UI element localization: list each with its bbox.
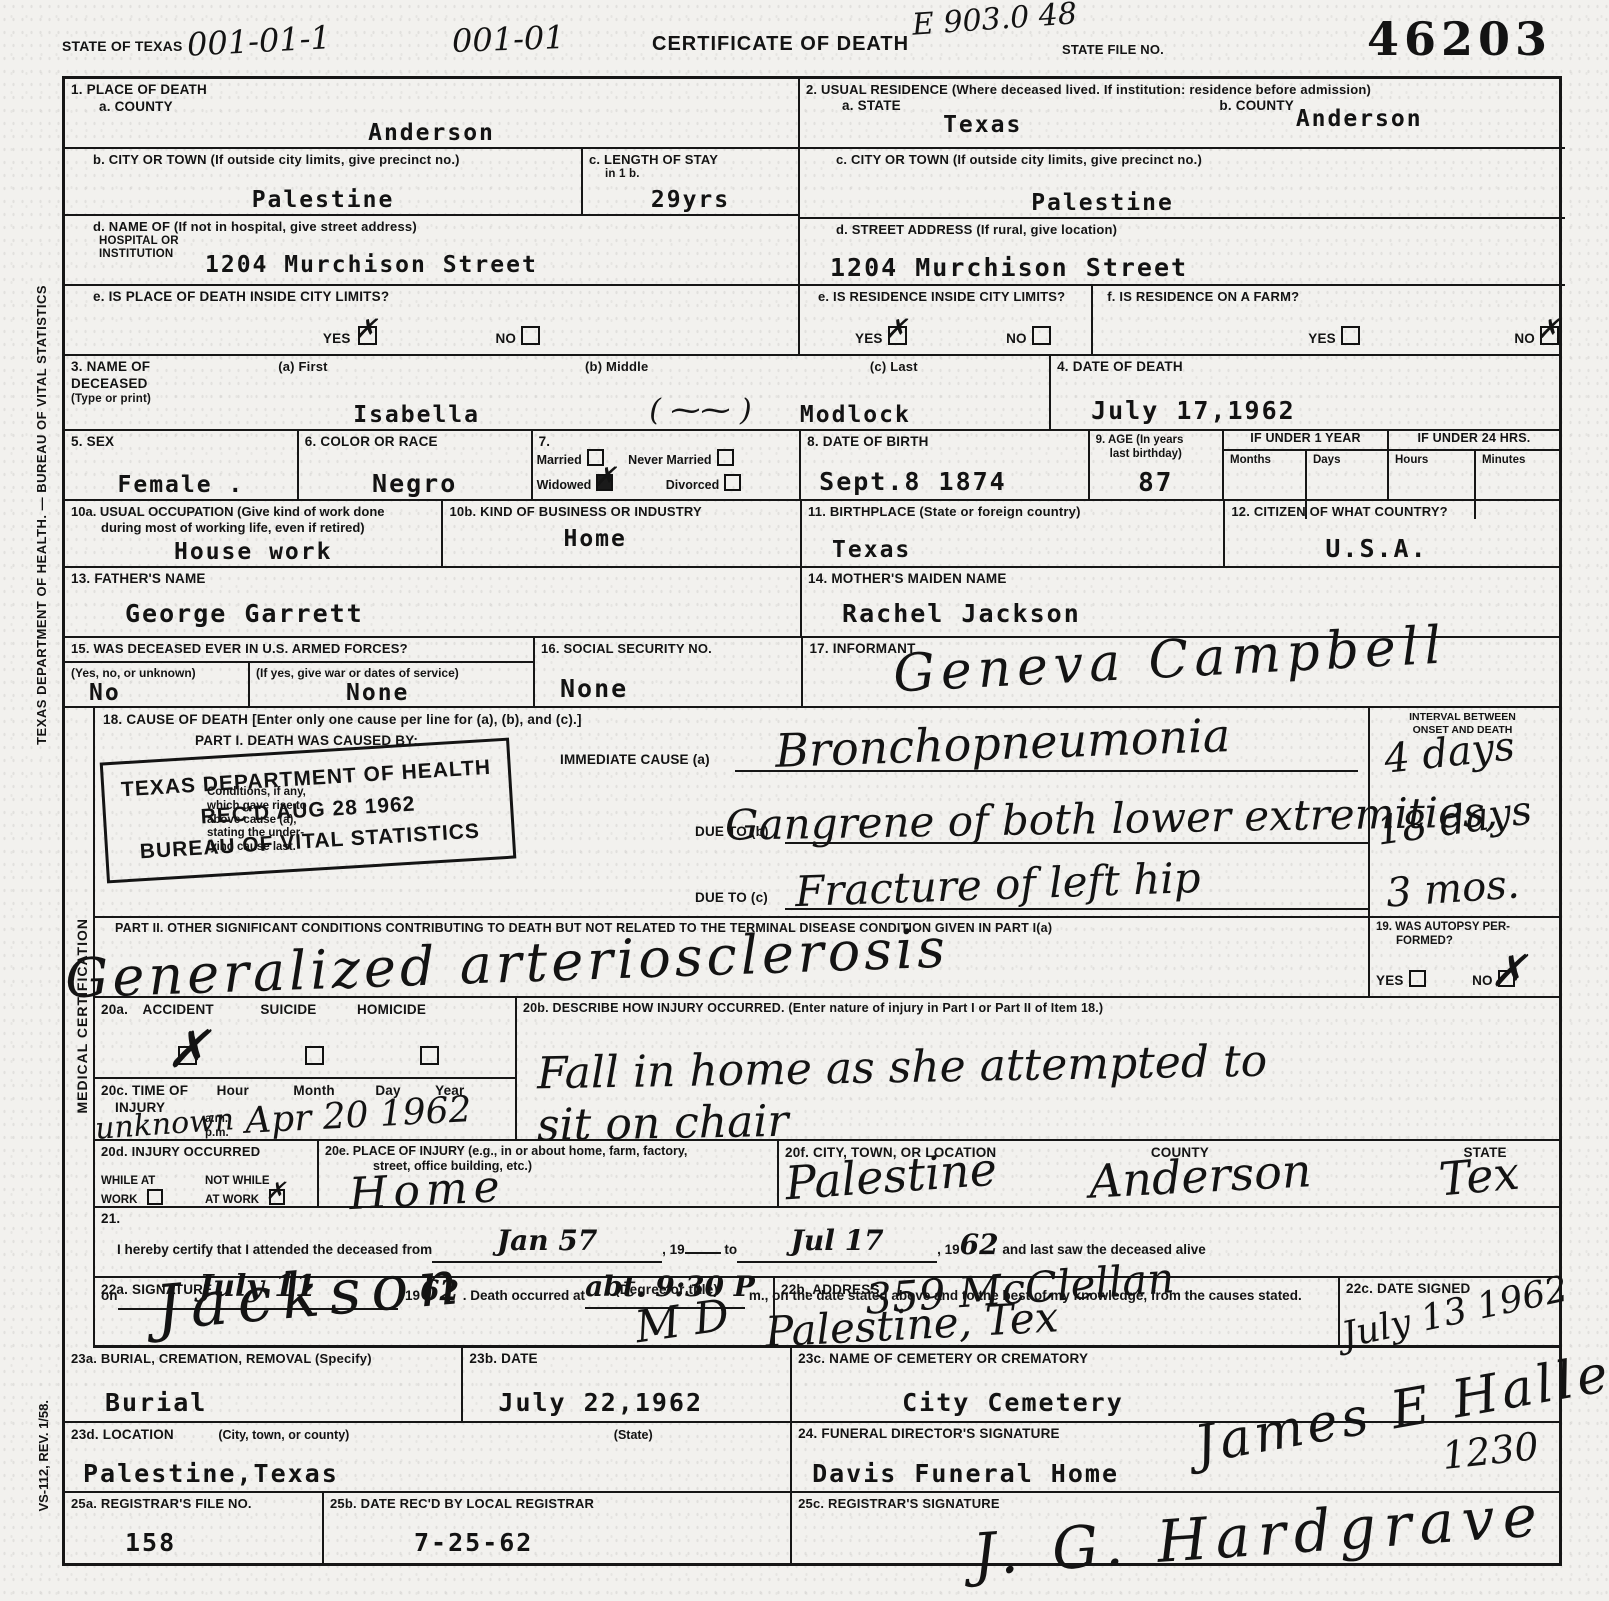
ssn-label: 16. SOCIAL SECURITY NO. (541, 641, 795, 657)
middle-name-cell: (b) Middle ( ⁓⁓ ) (561, 356, 840, 429)
name-title-1: 3. NAME OF (71, 359, 266, 376)
date-of-death-cell: 4. DATE OF DEATH July 17,1962 (1049, 356, 1559, 429)
section-22: 22a. SIGNATURE (Degree or title) Jackson… (95, 1278, 1559, 1348)
widowed-checkbox: ✗ (596, 474, 613, 491)
never-married-label: Never Married (628, 453, 711, 467)
ssn-cell: 16. SOCIAL SECURITY NO. None (533, 638, 801, 706)
section-15-17: 15. WAS DECEASED EVER IN U.S. ARMED FORC… (65, 638, 1559, 708)
age-value: 87 (1090, 468, 1222, 498)
autopsy-cell: 19. WAS AUTOPSY PER- FORMED? YES NO✗ (1368, 918, 1555, 996)
pod-yes-label: YES (323, 331, 351, 346)
last-name-value: Modlock (800, 402, 911, 428)
injury-occurred-cell: 20d. INJURY OCCURRED WHILE ATWORK NOT WH… (95, 1141, 317, 1206)
how-injury-label: 20b. DESCRIBE HOW INJURY OCCURRED. (Ente… (523, 1001, 1551, 1017)
under-24-hrs-cell: IF UNDER 24 HRS. Hours Minutes (1387, 431, 1559, 499)
dob-cell: 8. DATE OF BIRTH Sept.8 1874 (799, 431, 1087, 499)
forces-war-cell: (If yes, give war or dates of service) N… (248, 663, 533, 708)
registrar-date-cell: 25b. DATE REC'D BY LOCAL REGISTRAR 7-25-… (322, 1493, 790, 1563)
state-file-number: 46203 (1367, 12, 1552, 66)
accident-number: 20a. (101, 1002, 128, 1017)
res-no-checkbox (1032, 326, 1051, 345)
industry-value: Home (563, 526, 626, 552)
farm-no-label: NO (1514, 331, 1535, 346)
res-state-subcell: a. STATE Texas (806, 98, 1159, 115)
cause-c-value: Fracture of left hip (794, 853, 1201, 916)
state-of-texas-label: STATE OF TEXAS (62, 38, 183, 56)
res-city-cell: c. CITY OR TOWN (If outside city limits,… (800, 149, 1565, 219)
res-citylimits-cell: e. IS RESIDENCE INSIDE CITY LIMITS? YES✗… (800, 286, 1091, 356)
not-while-at-work-checkbox: ✗ (269, 1189, 285, 1205)
section-3-4: 3. NAME OF DECEASED (Type or print) (a) … (65, 356, 1559, 431)
pod-yes-checkbox: ✗ (358, 326, 377, 345)
res-county-value: Anderson (1159, 106, 1559, 132)
divorced-label: Divorced (666, 478, 720, 492)
occupation-cell: 10a. USUAL OCCUPATION (Give kind of work… (65, 501, 441, 566)
industry-cell: 10b. KIND OF BUSINESS OR INDUSTRY Home (441, 501, 800, 566)
section-10-12: 10a. USUAL OCCUPATION (Give kind of work… (65, 501, 1559, 568)
burial-location-value: Palestine,Texas (83, 1459, 339, 1488)
not-while-at-work-option: NOT WHILEAT WORK ✗ (205, 1171, 285, 1208)
burial-location-cell: 23d. LOCATION (City, town, or county) (S… (65, 1423, 790, 1491)
citizen-value: U.S.A. (1325, 534, 1427, 563)
margin-department-text: TEXAS DEPARTMENT OF HEALTH. — BUREAU OF … (34, 285, 49, 745)
pod-city-value: Palestine (65, 187, 581, 213)
date-of-death-value: July 17,1962 (1091, 396, 1296, 425)
handwritten-code-2: 001-01 (451, 18, 565, 60)
funeral-home-value: Davis Funeral Home (812, 1459, 1119, 1488)
res-street-label: d. STREET ADDRESS (If rural, give locati… (836, 222, 1559, 238)
section-23d-24: 23d. LOCATION (City, town, or county) (S… (65, 1423, 1559, 1493)
age-label-2: last birthday) (1110, 448, 1216, 462)
pod-city-cell: b. CITY OR TOWN (If outside city limits,… (65, 149, 581, 216)
sex-label: 5. SEX (71, 434, 291, 451)
forces-yesno-value: No (89, 680, 242, 706)
industry-label: 10b. KIND OF BUSINESS OR INDUSTRY (449, 504, 794, 520)
burial-value: Burial (105, 1388, 207, 1417)
homicide-checkbox (420, 1046, 439, 1065)
farm-no-checkbox: ✗ (1540, 326, 1559, 345)
forces-war-value: None (346, 680, 527, 706)
death-certificate-page: TEXAS DEPARTMENT OF HEALTH. — BUREAU OF … (0, 0, 1609, 1601)
accident-cell: 20a. ACCIDENT SUICIDE HOMICIDE ✗ (95, 998, 515, 1079)
pod-hospital-value: 1204 Murchison Street (205, 252, 798, 278)
registrar-date-value: 7-25-62 (414, 1528, 533, 1557)
mother-value: Rachel Jackson (842, 599, 1081, 628)
res-city-label: c. CITY OR TOWN (If outside city limits,… (836, 152, 1559, 168)
res-citylimits-label: e. IS RESIDENCE INSIDE CITY LIMITS? (818, 289, 1085, 305)
res-yes-label: YES (855, 331, 883, 346)
sex-value: Female . (65, 472, 297, 498)
burial-label: 23a. BURIAL, CREMATION, REMOVAL (Specify… (71, 1351, 455, 1367)
married-label: Married (537, 453, 582, 467)
funeral-director-cell: 24. FUNERAL DIRECTOR'S SIGNATURE Davis F… (790, 1423, 1559, 1491)
father-cell: 13. FATHER'S NAME George Garrett (65, 568, 800, 636)
due-to-c-label: DUE TO (c) (695, 890, 768, 907)
margin-form-number: VS-112, REV. 1/58. (36, 1400, 51, 1512)
first-name-value: Isabella (272, 402, 561, 428)
injury-state-value: Tex (1437, 1146, 1522, 1207)
physician-signature-cell: 22a. SIGNATURE (Degree or title) Jackson… (95, 1278, 773, 1345)
attended-from-value: Jan 57 (497, 1224, 597, 1257)
never-married-checkbox (717, 449, 734, 466)
forces-yesno-label: (Yes, no, or unknown) (71, 666, 242, 680)
res-state-value: Texas (806, 112, 1159, 138)
how-injury-cell: 20b. DESCRIBE HOW INJURY OCCURRED. (Ente… (515, 998, 1557, 1139)
pod-county-cell: 1. PLACE OF DEATH a. COUNTY Anderson (65, 79, 798, 149)
cemetery-value: City Cemetery (902, 1388, 1124, 1417)
pod-citylimits-options: YES✗ NO (65, 326, 798, 348)
accident-checkbox: ✗ (178, 1046, 197, 1065)
location-sublabel-1: (City, town, or county) (218, 1428, 349, 1442)
handwritten-file-code: E 903.0 48 (911, 0, 1078, 43)
not-while-at-work-label: NOT WHILEAT WORK (205, 1175, 270, 1206)
injury-county-value: Anderson (1088, 1143, 1313, 1209)
time-of-injury-cell: 20c. TIME OF Hour Month Day Year INJURY … (95, 1079, 515, 1141)
accident-label: ACCIDENT (143, 1002, 214, 1017)
state-file-no-label: STATE FILE NO. (1062, 42, 1164, 58)
not-while-at-work-checkmark: ✗ (266, 1177, 286, 1205)
medical-cert-strip: MEDICAL CERTIFICATION (65, 708, 95, 1348)
pod-stay-label2: in 1 b. (605, 168, 792, 182)
first-name-cell: (a) First Isabella (272, 356, 561, 429)
forces-yesno-cell: (Yes, no, or unknown) No (65, 663, 248, 708)
divorced-checkbox (724, 474, 741, 491)
res-state-county-cell: 2. USUAL RESIDENCE (Where deceased lived… (800, 79, 1565, 149)
registrar-signature-cell: 25c. REGISTRAR'S SIGNATURE J. G. Hardgra… (790, 1493, 1559, 1563)
handwritten-code-1: 001-01-1 (186, 18, 332, 63)
sex-cell: 5. SEX Female . (65, 431, 297, 499)
armed-forces-label: 15. WAS DECEASED EVER IN U.S. ARMED FORC… (65, 638, 533, 663)
occupation-label-1: 10a. USUAL OCCUPATION (Give kind of work… (71, 504, 435, 520)
registrar-file-value: 158 (125, 1528, 176, 1557)
registrar-file-cell: 25a. REGISTRAR'S FILE NO. 158 (65, 1493, 322, 1563)
section-20def: 20d. INJURY OCCURRED WHILE ATWORK NOT WH… (95, 1141, 1559, 1208)
middle-name-label: (b) Middle (585, 359, 834, 375)
father-label: 13. FATHER'S NAME (71, 571, 794, 588)
pod-title: 1. PLACE OF DEATH (71, 82, 792, 99)
how-injury-line-1: Fall in home as she attempted to (537, 1036, 1268, 1100)
usual-residence-block: 2. USUAL RESIDENCE (Where deceased lived… (798, 79, 1565, 354)
injury-occurred-label: 20d. INJURY OCCURRED (101, 1144, 311, 1160)
pod-yes-checkmark: ✗ (355, 314, 378, 345)
cemetery-label: 23c. NAME OF CEMETERY OR CREMATORY (798, 1351, 1553, 1368)
dob-value: Sept.8 1874 (819, 467, 1007, 496)
armed-forces-block: 15. WAS DECEASED EVER IN U.S. ARMED FORC… (65, 638, 533, 706)
suicide-label: SUICIDE (260, 1002, 316, 1017)
pod-county-label: a. COUNTY (99, 99, 792, 116)
while-at-work-checkbox (147, 1189, 163, 1205)
last-name-cell: (c) Last Modlock (840, 356, 1049, 429)
place-of-injury-cell: 20e. PLACE OF INJURY (e.g., in or about … (317, 1141, 777, 1206)
burial-date-label: 23b. DATE (469, 1351, 784, 1368)
armed-forces-subrow: (Yes, no, or unknown) No (If yes, give w… (65, 663, 533, 708)
date-of-death-label: 4. DATE OF DEATH (1057, 359, 1553, 376)
forces-war-label: (If yes, give war or dates of service) (256, 666, 527, 680)
time-label-1: 20c. TIME OF (101, 1083, 188, 1098)
under-1-year-label: IF UNDER 1 YEAR (1224, 431, 1387, 451)
citizen-cell: 12. CITIZEN OF WHAT COUNTRY? U.S.A. (1223, 501, 1559, 566)
res-no-label: NO (1006, 331, 1027, 346)
citizen-label: 12. CITIZEN OF WHAT COUNTRY? (1231, 504, 1553, 520)
place-of-injury-label-1: 20e. PLACE OF INJURY (e.g., in or about … (325, 1144, 771, 1159)
section-part2-19: PART II. OTHER SIGNIFICANT CONDITIONS CO… (95, 918, 1559, 998)
pod-city-label: b. CITY OR TOWN (If outside city limits,… (93, 152, 575, 168)
cause-main: 18. CAUSE OF DEATH [Enter only one cause… (95, 708, 1368, 916)
farm-yes-label: YES (1308, 331, 1336, 346)
pod-citylimits-label: e. IS PLACE OF DEATH INSIDE CITY LIMITS? (93, 289, 792, 306)
middle-name-value: ( ⁓⁓ ) (561, 393, 840, 428)
physician-address-cell: 22b. ADDRESS 359 McClellan Palestine, Te… (773, 1278, 1338, 1345)
birthplace-value: Texas (832, 537, 911, 563)
pod-hospital-cell: d. NAME OF (If not in hospital, give str… (65, 216, 798, 286)
received-stamp: TEXAS DEPARTMENT OF HEALTH REC'D AUG 28 … (100, 738, 517, 883)
birthplace-cell: 11. BIRTHPLACE (State or foreign country… (800, 501, 1223, 566)
medical-certification-block: MEDICAL CERTIFICATION 18. CAUSE OF DEATH… (65, 708, 1559, 1348)
widowed-label: Widowed (537, 478, 592, 492)
res-county-subcell: b. COUNTY Anderson (1159, 98, 1559, 115)
name-title-2: DECEASED (71, 376, 266, 393)
accident-time-block: 20a. ACCIDENT SUICIDE HOMICIDE ✗ 20c. TI… (95, 998, 515, 1139)
autopsy-yes-checkbox (1409, 970, 1426, 987)
pod-no-checkbox (521, 326, 540, 345)
pod-county-value: Anderson (65, 120, 798, 146)
section-1-2: 1. PLACE OF DEATH a. COUNTY Anderson b. … (65, 79, 1559, 356)
under-24-hrs-label: IF UNDER 24 HRS. (1389, 431, 1559, 451)
funeral-director-number: 1230 (1440, 1424, 1541, 1478)
homicide-label: HOMICIDE (357, 1002, 426, 1017)
address-line-2: Palestine, Tex (764, 1292, 1060, 1356)
res-yes-checkbox: ✗ (888, 326, 907, 345)
physician-degree-value: M D (632, 1290, 733, 1354)
burial-date-cell: 23b. DATE July 22,1962 (461, 1348, 790, 1421)
date-signed-cell: 22c. DATE SIGNED July 13 1962 (1338, 1278, 1555, 1345)
section-18: 18. CAUSE OF DEATH [Enter only one cause… (95, 708, 1559, 918)
res-title: 2. USUAL RESIDENCE (Where deceased lived… (806, 82, 1559, 98)
suicide-checkbox (305, 1046, 324, 1065)
autopsy-options: YES NO✗ (1376, 970, 1551, 990)
res-street-cell: d. STREET ADDRESS (If rural, give locati… (800, 219, 1565, 286)
section-5-9: 5. SEX Female . 6. COLOR OR RACE Negro 7… (65, 431, 1559, 501)
pod-hospital-label: d. NAME OF (If not in hospital, give str… (93, 219, 792, 235)
accident-checkmark: ✗ (166, 1020, 210, 1080)
immediate-cause-label: IMMEDIATE CAUSE (a) (560, 752, 710, 769)
certificate-title: CERTIFICATE OF DEATH (652, 32, 909, 57)
res-street-value: 1204 Murchison Street (830, 253, 1565, 282)
under-1-year-cell: IF UNDER 1 YEAR Months Days (1222, 431, 1387, 499)
res-yes-checkmark: ✗ (885, 314, 908, 345)
date-of-injury-value: Apr 20 1962 (244, 1089, 472, 1142)
name-title-3: (Type or print) (71, 393, 266, 407)
autopsy-yes-label: YES (1376, 973, 1404, 988)
pod-no-label: NO (495, 331, 516, 346)
ssn-value: None (560, 674, 628, 703)
last-name-label: (c) Last (870, 359, 1043, 375)
informant-cell: 17. INFORMANT Geneva Campbell (801, 638, 1559, 706)
interval-c-value: 3 mos. (1385, 861, 1521, 916)
autopsy-no-checkmark: ✗ (1490, 946, 1527, 997)
farm-yes-checkbox (1341, 326, 1360, 345)
race-value: Negro (299, 469, 531, 498)
marital-row-2: Widowed✗ Divorced (537, 474, 796, 494)
marital-cell: 7. Married Never Married Widowed✗ Divorc… (531, 431, 800, 499)
location-label: 23d. LOCATION (71, 1427, 174, 1442)
res-limits-farm-row: e. IS RESIDENCE INSIDE CITY LIMITS? YES✗… (800, 286, 1565, 356)
marital-row-1: Married Never Married (537, 449, 796, 469)
first-name-label: (a) First (278, 359, 555, 375)
interval-header-1: INTERVAL BETWEEN (1370, 711, 1555, 724)
occupation-value: House work (65, 539, 441, 565)
to-year-value: 62 (960, 1228, 999, 1261)
age-cell: 9. AGE (In years last birthday) 87 (1088, 431, 1222, 499)
certificate-form: 1. PLACE OF DEATH a. COUNTY Anderson b. … (62, 76, 1562, 1566)
header: STATE OF TEXAS 001-01-1 001-01 CERTIFICA… (62, 10, 1562, 74)
race-label: 6. COLOR OR RACE (305, 434, 525, 451)
widowed-checkmark: ✗ (593, 462, 616, 493)
farm-no-checkmark: ✗ (1537, 314, 1560, 345)
hour-label: Hour (217, 1083, 249, 1098)
while-at-work-option: WHILE ATWORK (101, 1171, 163, 1208)
name-label-cell: 3. NAME OF DECEASED (Type or print) (65, 356, 272, 429)
burial-cell: 23a. BURIAL, CREMATION, REMOVAL (Specify… (65, 1348, 461, 1421)
location-sublabel-2: (State) (614, 1428, 653, 1442)
occupation-label-2: during most of working life, even if ret… (101, 520, 435, 536)
res-farm-options: YES NO✗ (1093, 326, 1559, 348)
father-value: George Garrett (125, 599, 364, 628)
place-of-death-block: 1. PLACE OF DEATH a. COUNTY Anderson b. … (65, 79, 798, 354)
pod-hospital-label2: HOSPITAL OR (99, 235, 792, 249)
registrar-file-label: 25a. REGISTRAR'S FILE NO. (71, 1496, 316, 1512)
pod-stay-label: c. LENGTH OF STAY (589, 152, 792, 168)
section-25: 25a. REGISTRAR'S FILE NO. 158 25b. DATE … (65, 1493, 1559, 1563)
autopsy-label-1: 19. WAS AUTOPSY PER- (1376, 921, 1549, 935)
age-label-1: 9. AGE (In years (1096, 434, 1216, 448)
res-citylimits-options: YES✗ NO (800, 326, 1091, 348)
res-city-value: Palestine (640, 190, 1565, 216)
part2-cell: PART II. OTHER SIGNIFICANT CONDITIONS CO… (95, 918, 1368, 996)
autopsy-no-checkbox: ✗ (1498, 970, 1515, 987)
medical-cert-content: 18. CAUSE OF DEATH [Enter only one cause… (95, 708, 1559, 1348)
injury-location-cell: 20f. CITY, TOWN, OR LOCATION COUNTY STAT… (777, 1141, 1559, 1206)
res-farm-cell: f. IS RESIDENCE ON A FARM? YES NO✗ (1091, 286, 1565, 356)
pod-citylimits-cell: e. IS PLACE OF DEATH INSIDE CITY LIMITS?… (65, 286, 798, 356)
birthplace-label: 11. BIRTHPLACE (State or foreign country… (808, 504, 1217, 520)
race-cell: 6. COLOR OR RACE Negro (297, 431, 531, 499)
section-20ab: 20a. ACCIDENT SUICIDE HOMICIDE ✗ 20c. TI… (95, 998, 1559, 1141)
dob-label: 8. DATE OF BIRTH (807, 434, 1081, 451)
mother-label: 14. MOTHER'S MAIDEN NAME (808, 571, 1553, 588)
burial-date-value: July 22,1962 (498, 1388, 703, 1417)
res-farm-label: f. IS RESIDENCE ON A FARM? (1107, 289, 1559, 305)
attended-to-value: Jul 17 (791, 1224, 884, 1257)
registrar-date-label: 25b. DATE REC'D BY LOCAL REGISTRAR (330, 1496, 784, 1512)
